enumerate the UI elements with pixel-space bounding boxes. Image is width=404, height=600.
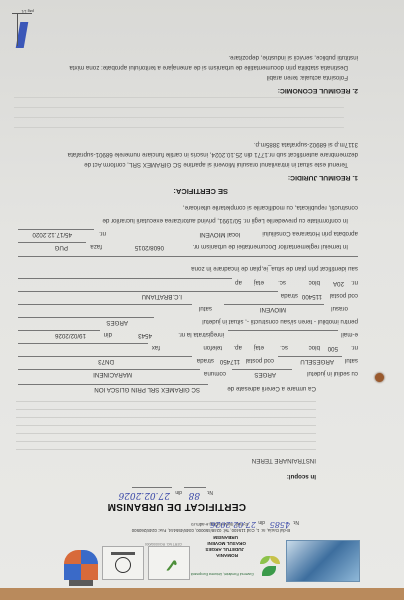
page-mark: pag 1/1 [21, 9, 34, 13]
document-title: CERTIFICAT DE URBANISM [107, 501, 246, 512]
header-county: JUDETUL ARGES [205, 547, 244, 552]
scope-label: In scopul: [287, 473, 316, 480]
faza-underline [18, 242, 86, 243]
property-strada: I.C.BRATIANU [142, 293, 182, 300]
inregistrata-din-value: 19/02/2026 [55, 332, 86, 339]
applicant-judet-underline [232, 369, 292, 370]
eu-logo-caption: Guvernul României, Uniunea Europeană [191, 572, 254, 576]
faza-value: PUG [55, 244, 68, 251]
applicant-sc-label: sc. [280, 344, 288, 351]
applicant-judet: ARGES [254, 371, 276, 378]
applicant-telefon-label: telefon [203, 344, 222, 351]
property-satul-underline [18, 304, 192, 305]
regim-economic-text-2: Destinatia stabilita prin documentatiile… [69, 64, 348, 71]
inregistrata-value: 4543 [138, 332, 152, 339]
regulament-value: 0608/2015 [135, 244, 164, 251]
town-coat-of-arms [64, 542, 98, 586]
property-strada-label: strada [281, 292, 298, 299]
applicant-email-label: e-mail [341, 331, 358, 338]
applicant-satul: ARGESELU [300, 358, 334, 365]
applicant-nr: 500 [328, 345, 338, 352]
applicant-strada: DN73 [98, 358, 114, 365]
doc-nr-underline [184, 487, 206, 488]
applicant-comuna: MARACINENI [93, 371, 132, 378]
regim-juridic-text-3: 3117m.p si 68902-suprafata 3885m.p. [254, 141, 358, 148]
urban-gauge-logo [102, 546, 144, 580]
doc-din-underline [132, 487, 172, 488]
property-orasul-underline [224, 304, 324, 305]
property-nr: 20A [333, 280, 344, 287]
applicant-nr-label: nr. [351, 344, 358, 351]
reg-date-label: din [258, 519, 265, 525]
regim-economic-text-3: institutii publice, servicii si industri… [228, 54, 358, 61]
applicant-label: Ca urmare a Cererii adresate de [227, 385, 316, 392]
applicant-satul-underline [278, 356, 342, 357]
property-bloc-label: bloc [309, 279, 320, 286]
document-photo: Guvernul României, Uniunea Europeană ✓ R… [0, 0, 404, 588]
property-orasul-label: orasul [331, 305, 348, 312]
applicant-etaj-label: etaj [254, 344, 264, 351]
inregistrata-din-underline [18, 330, 100, 331]
applicant-ap-label: ap. [233, 344, 242, 351]
applicant-cod-postal: 117450 [220, 358, 240, 365]
doc-din-label: din [175, 489, 182, 495]
doc-din-value: 27.02.2026 [118, 490, 170, 500]
scope-value: INSTRAINARE TEREN [252, 457, 316, 464]
regulament-label: In temeiul reglementarilor Documentatiei… [193, 243, 348, 250]
applicant-underline [18, 384, 208, 385]
property-zona-underline-1 [18, 256, 358, 257]
reg-no-label: Nr. [293, 519, 299, 525]
applicant-bloc-label: bloc [309, 344, 320, 351]
regim-economic-title: 2. REGIMUL ECONOMIC: [278, 87, 358, 94]
property-ap-underline [18, 278, 232, 279]
applicant-cod-postal-label: cod postal [246, 357, 274, 364]
applicant-comuna-underline [18, 369, 200, 370]
regim-juridic-text-2: dezmembrare autentificat sub nr.1771 din… [68, 151, 358, 158]
property-sc-label: sc. [278, 279, 286, 286]
cu-sediul-label: cu sediul in judetul [307, 370, 358, 377]
hcl-nr-label: nr. [99, 230, 106, 237]
property-intro: pentru imobilul - teren si/sau construct… [202, 318, 358, 325]
property-cod-postal-label: cod postal [330, 292, 358, 299]
property-satul-label: satul [199, 305, 212, 312]
hcl-nr-value: 45/17.12.2020 [32, 231, 72, 238]
doc-nr-label: Nr. [207, 489, 213, 495]
applicant-strada-underline [18, 356, 192, 357]
city-photo-logo [286, 540, 360, 582]
eu-funds-logo [256, 552, 280, 578]
applicant-fax-underline [18, 343, 148, 344]
faza-label: faza [90, 243, 102, 250]
property-cod-postal: 115400 [302, 293, 322, 300]
applicant-strada-label: strada [197, 357, 214, 364]
header-department: URBANISM [213, 535, 238, 540]
property-identificat-label: sau identificat prin plan de situa_ie,pl… [191, 265, 358, 272]
signature-mark [8, 12, 32, 52]
header-iso-cert: CERT NO. RO/0000/000 [145, 542, 182, 546]
quality-check-logo: ✓ [148, 546, 190, 580]
doc-nr-value: 88 [189, 490, 200, 500]
satul-label: satul [345, 357, 358, 364]
property-etaj-label: etaj [254, 279, 264, 286]
property-orasul: MIOVENI [260, 306, 286, 313]
lege-text-2: constructii, republicata, cu modificaril… [183, 204, 358, 211]
regim-juridic-text-1: Terenul este situat in intravilanul oras… [84, 161, 348, 168]
header-town: ORASUL MOVENI [207, 541, 246, 546]
document-page-rotated: Guvernul României, Uniunea Europeană ✓ R… [0, 0, 404, 588]
property-judet-underline [18, 317, 154, 318]
aprobata-label: aprobata prin Hotararea Consiliului [262, 230, 358, 237]
property-ap-label: ap [235, 279, 242, 286]
regim-juridic-title: 1. REGIMUL JURIDIC: [288, 174, 358, 181]
reg-no-value: 4585 [270, 520, 290, 529]
hcl-underline [18, 229, 94, 230]
comuna-label: comuna [204, 370, 226, 377]
header-country: ROMANIA [216, 553, 238, 558]
property-judet: ARGES [106, 319, 128, 326]
property-strada-underline [18, 291, 278, 292]
regim-economic-text-1: Folosinta actuala: teren arabil [267, 74, 348, 81]
certifies-heading: SE CERTIFICA: [173, 187, 228, 196]
property-nr-label: nr. [351, 279, 358, 286]
pushpin [375, 373, 384, 382]
applicant-value: SC GIRAMEX SRL PRIN GLISCA ION [94, 386, 200, 393]
applicant-email-underline [228, 330, 338, 331]
inregistrata-din-label: din [104, 331, 112, 338]
consiliu-value: local MIOVENI [199, 231, 240, 238]
inregistrata-label: inregistrata la nr. [178, 331, 224, 338]
reg-date-value: 27.02.2026 [210, 520, 256, 529]
lege-text-1: In conformitate cu prevederile Legii nr.… [102, 217, 348, 224]
applicant-fax-label: fax [152, 344, 160, 351]
